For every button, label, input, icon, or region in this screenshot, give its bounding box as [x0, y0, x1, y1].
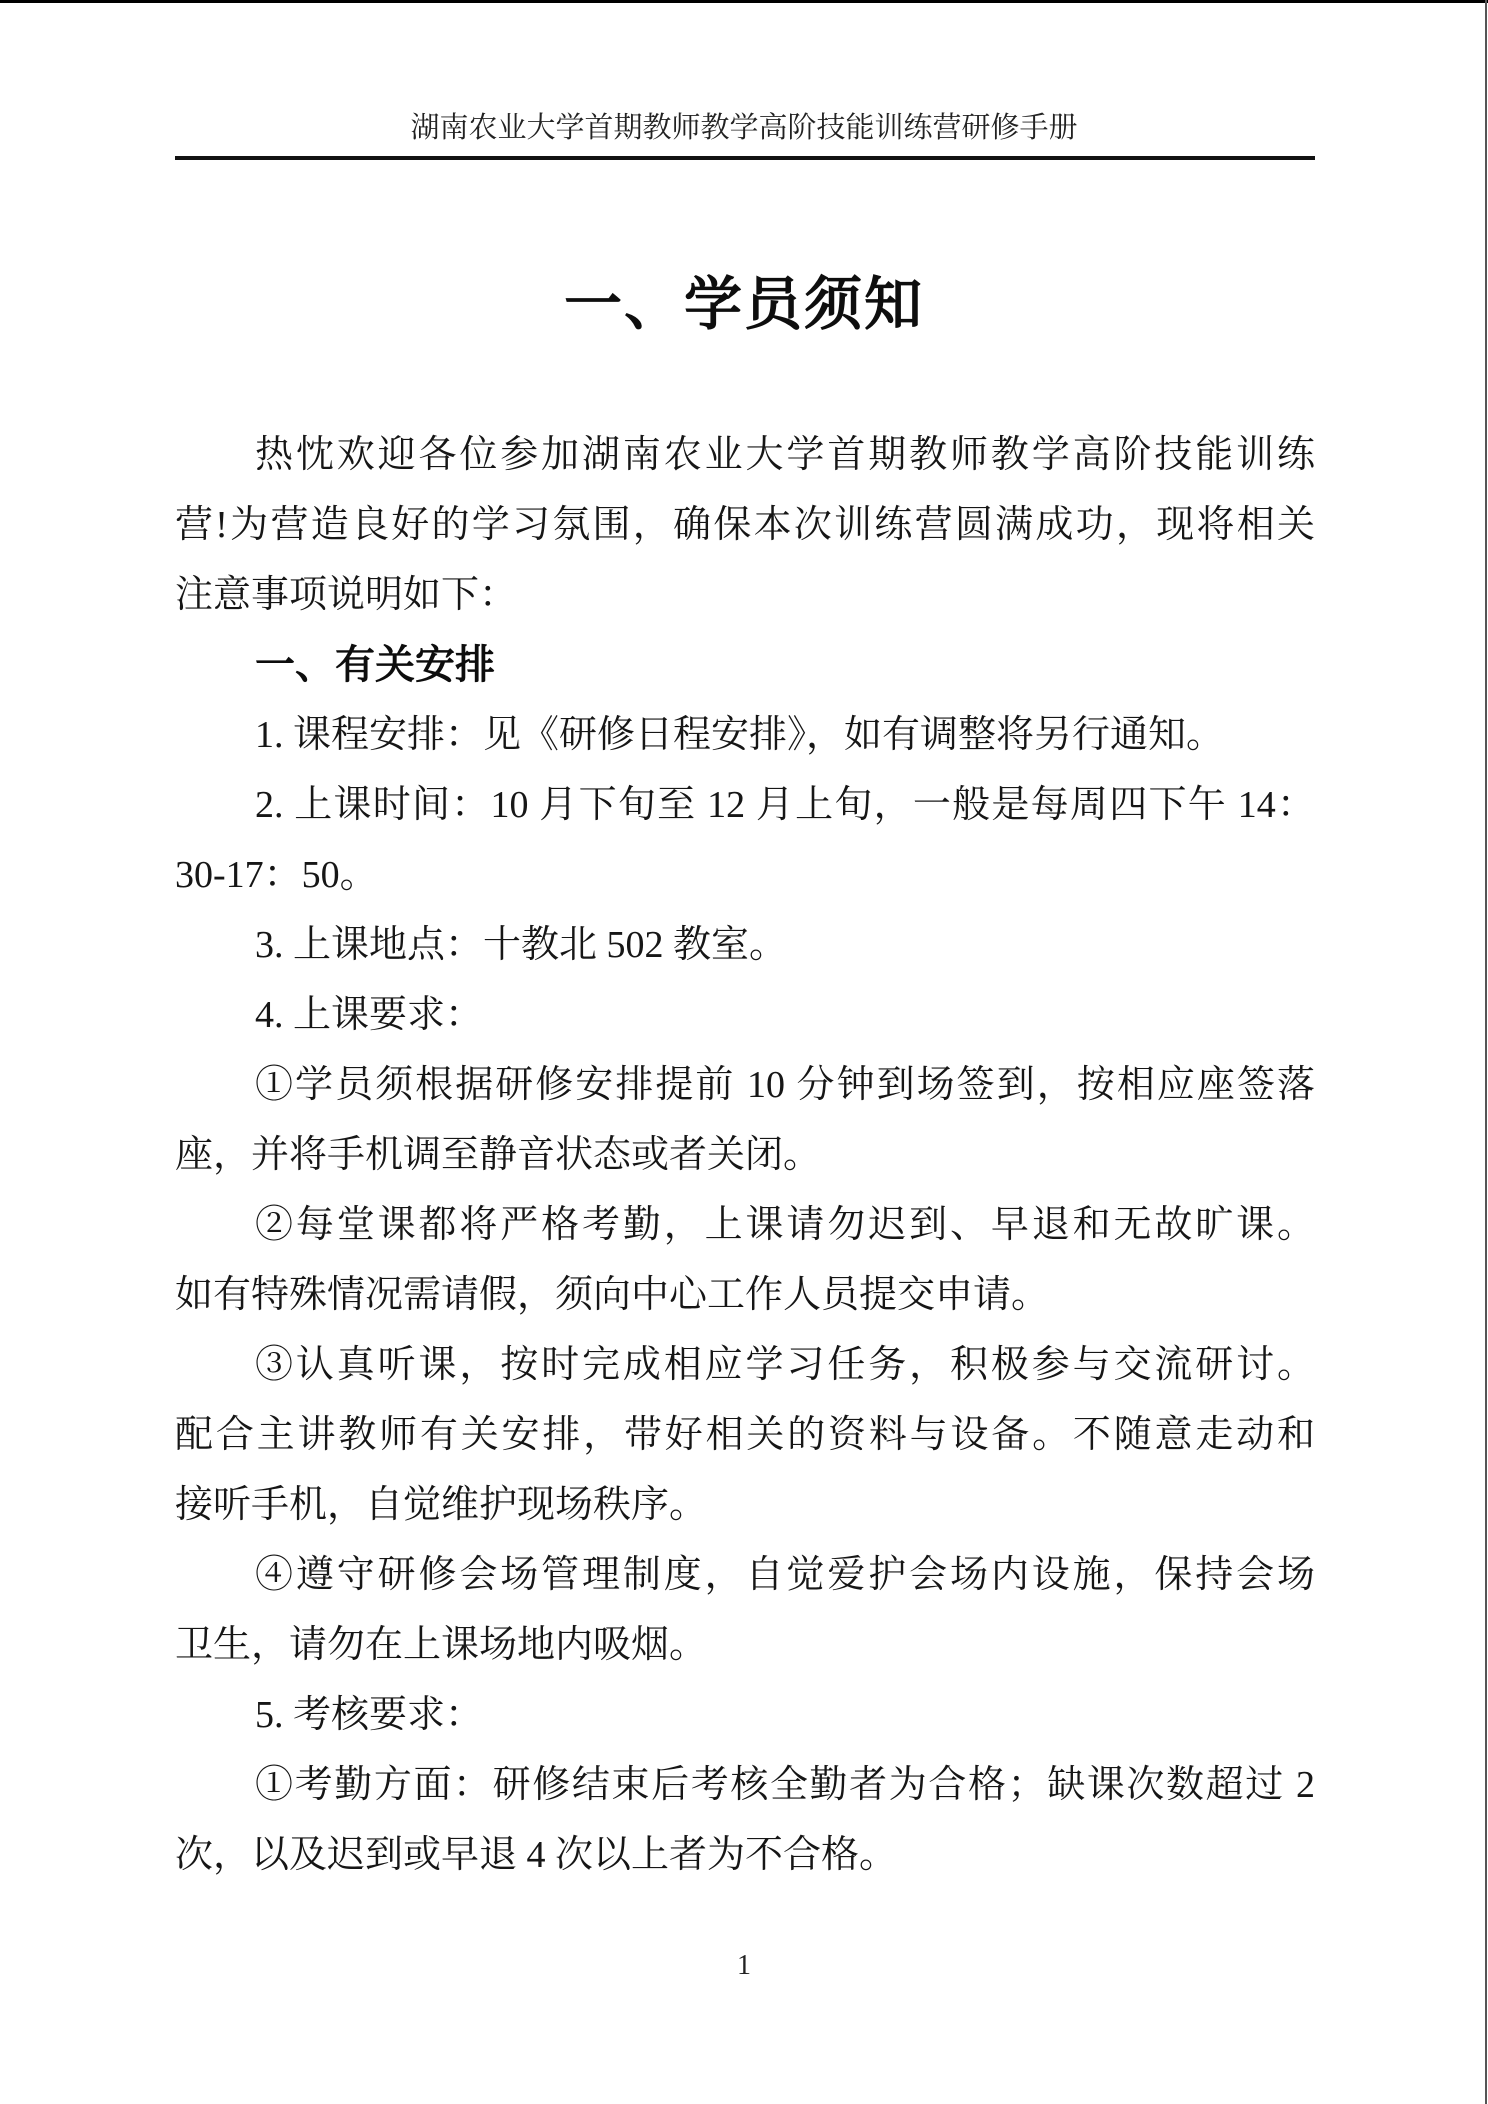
- body-line: 3. 上课地点：十教北 502 教室。: [175, 910, 1315, 980]
- body-line: ④遵守研修会场管理制度，自觉爱护会场内设施，保持会场: [175, 1540, 1315, 1610]
- body-line: 30-17：50。: [175, 840, 1315, 910]
- scan-top-edge: [0, 0, 1488, 3]
- document-page: 湖南农业大学首期教师教学高阶技能训练营研修手册 一、学员须知 热忱欢迎各位参加湖…: [0, 0, 1488, 2104]
- body-line: 1. 课程安排：见《研修日程安排》，如有调整将另行通知。: [175, 700, 1315, 770]
- header-title: 湖南农业大学首期教师教学高阶技能训练营研修手册: [0, 108, 1488, 148]
- body-line: 配合主讲教师有关安排，带好相关的资料与设备。不随意走动和: [175, 1400, 1315, 1470]
- body-line: 卫生，请勿在上课场地内吸烟。: [175, 1610, 1315, 1680]
- body-heading-line: 一、有关安排: [175, 630, 1315, 700]
- body-line: ②每堂课都将严格考勤，上课请勿迟到、早退和无故旷课。: [175, 1190, 1315, 1260]
- section-title: 一、学员须知: [0, 270, 1488, 340]
- body-line: 4. 上课要求：: [175, 980, 1315, 1050]
- body-line: 注意事项说明如下：: [175, 560, 1315, 630]
- body-line: 2. 上课时间：10 月下旬至 12 月上旬，一般是每周四下午 14：: [175, 770, 1315, 840]
- page-number: 1: [0, 1948, 1488, 1984]
- body-line: ③认真听课，按时完成相应学习任务，积极参与交流研讨。: [175, 1330, 1315, 1400]
- body-line: 座，并将手机调至静音状态或者关闭。: [175, 1120, 1315, 1190]
- header-rule: [175, 156, 1315, 160]
- body-line: 营!为营造良好的学习氛围，确保本次训练营圆满成功，现将相关: [175, 490, 1315, 560]
- body-line: 热忱欢迎各位参加湖南农业大学首期教师教学高阶技能训练: [175, 420, 1315, 490]
- body-line: 如有特殊情况需请假，须向中心工作人员提交申请。: [175, 1260, 1315, 1330]
- document-body: 热忱欢迎各位参加湖南农业大学首期教师教学高阶技能训练营!为营造良好的学习氛围，确…: [175, 420, 1315, 1890]
- body-line: 次，以及迟到或早退 4 次以上者为不合格。: [175, 1820, 1315, 1890]
- body-line: ①考勤方面：研修结束后考核全勤者为合格；缺课次数超过 2: [175, 1750, 1315, 1820]
- body-line: 5. 考核要求：: [175, 1680, 1315, 1750]
- body-line: ①学员须根据研修安排提前 10 分钟到场签到，按相应座签落: [175, 1050, 1315, 1120]
- body-line: 接听手机，自觉维护现场秩序。: [175, 1470, 1315, 1540]
